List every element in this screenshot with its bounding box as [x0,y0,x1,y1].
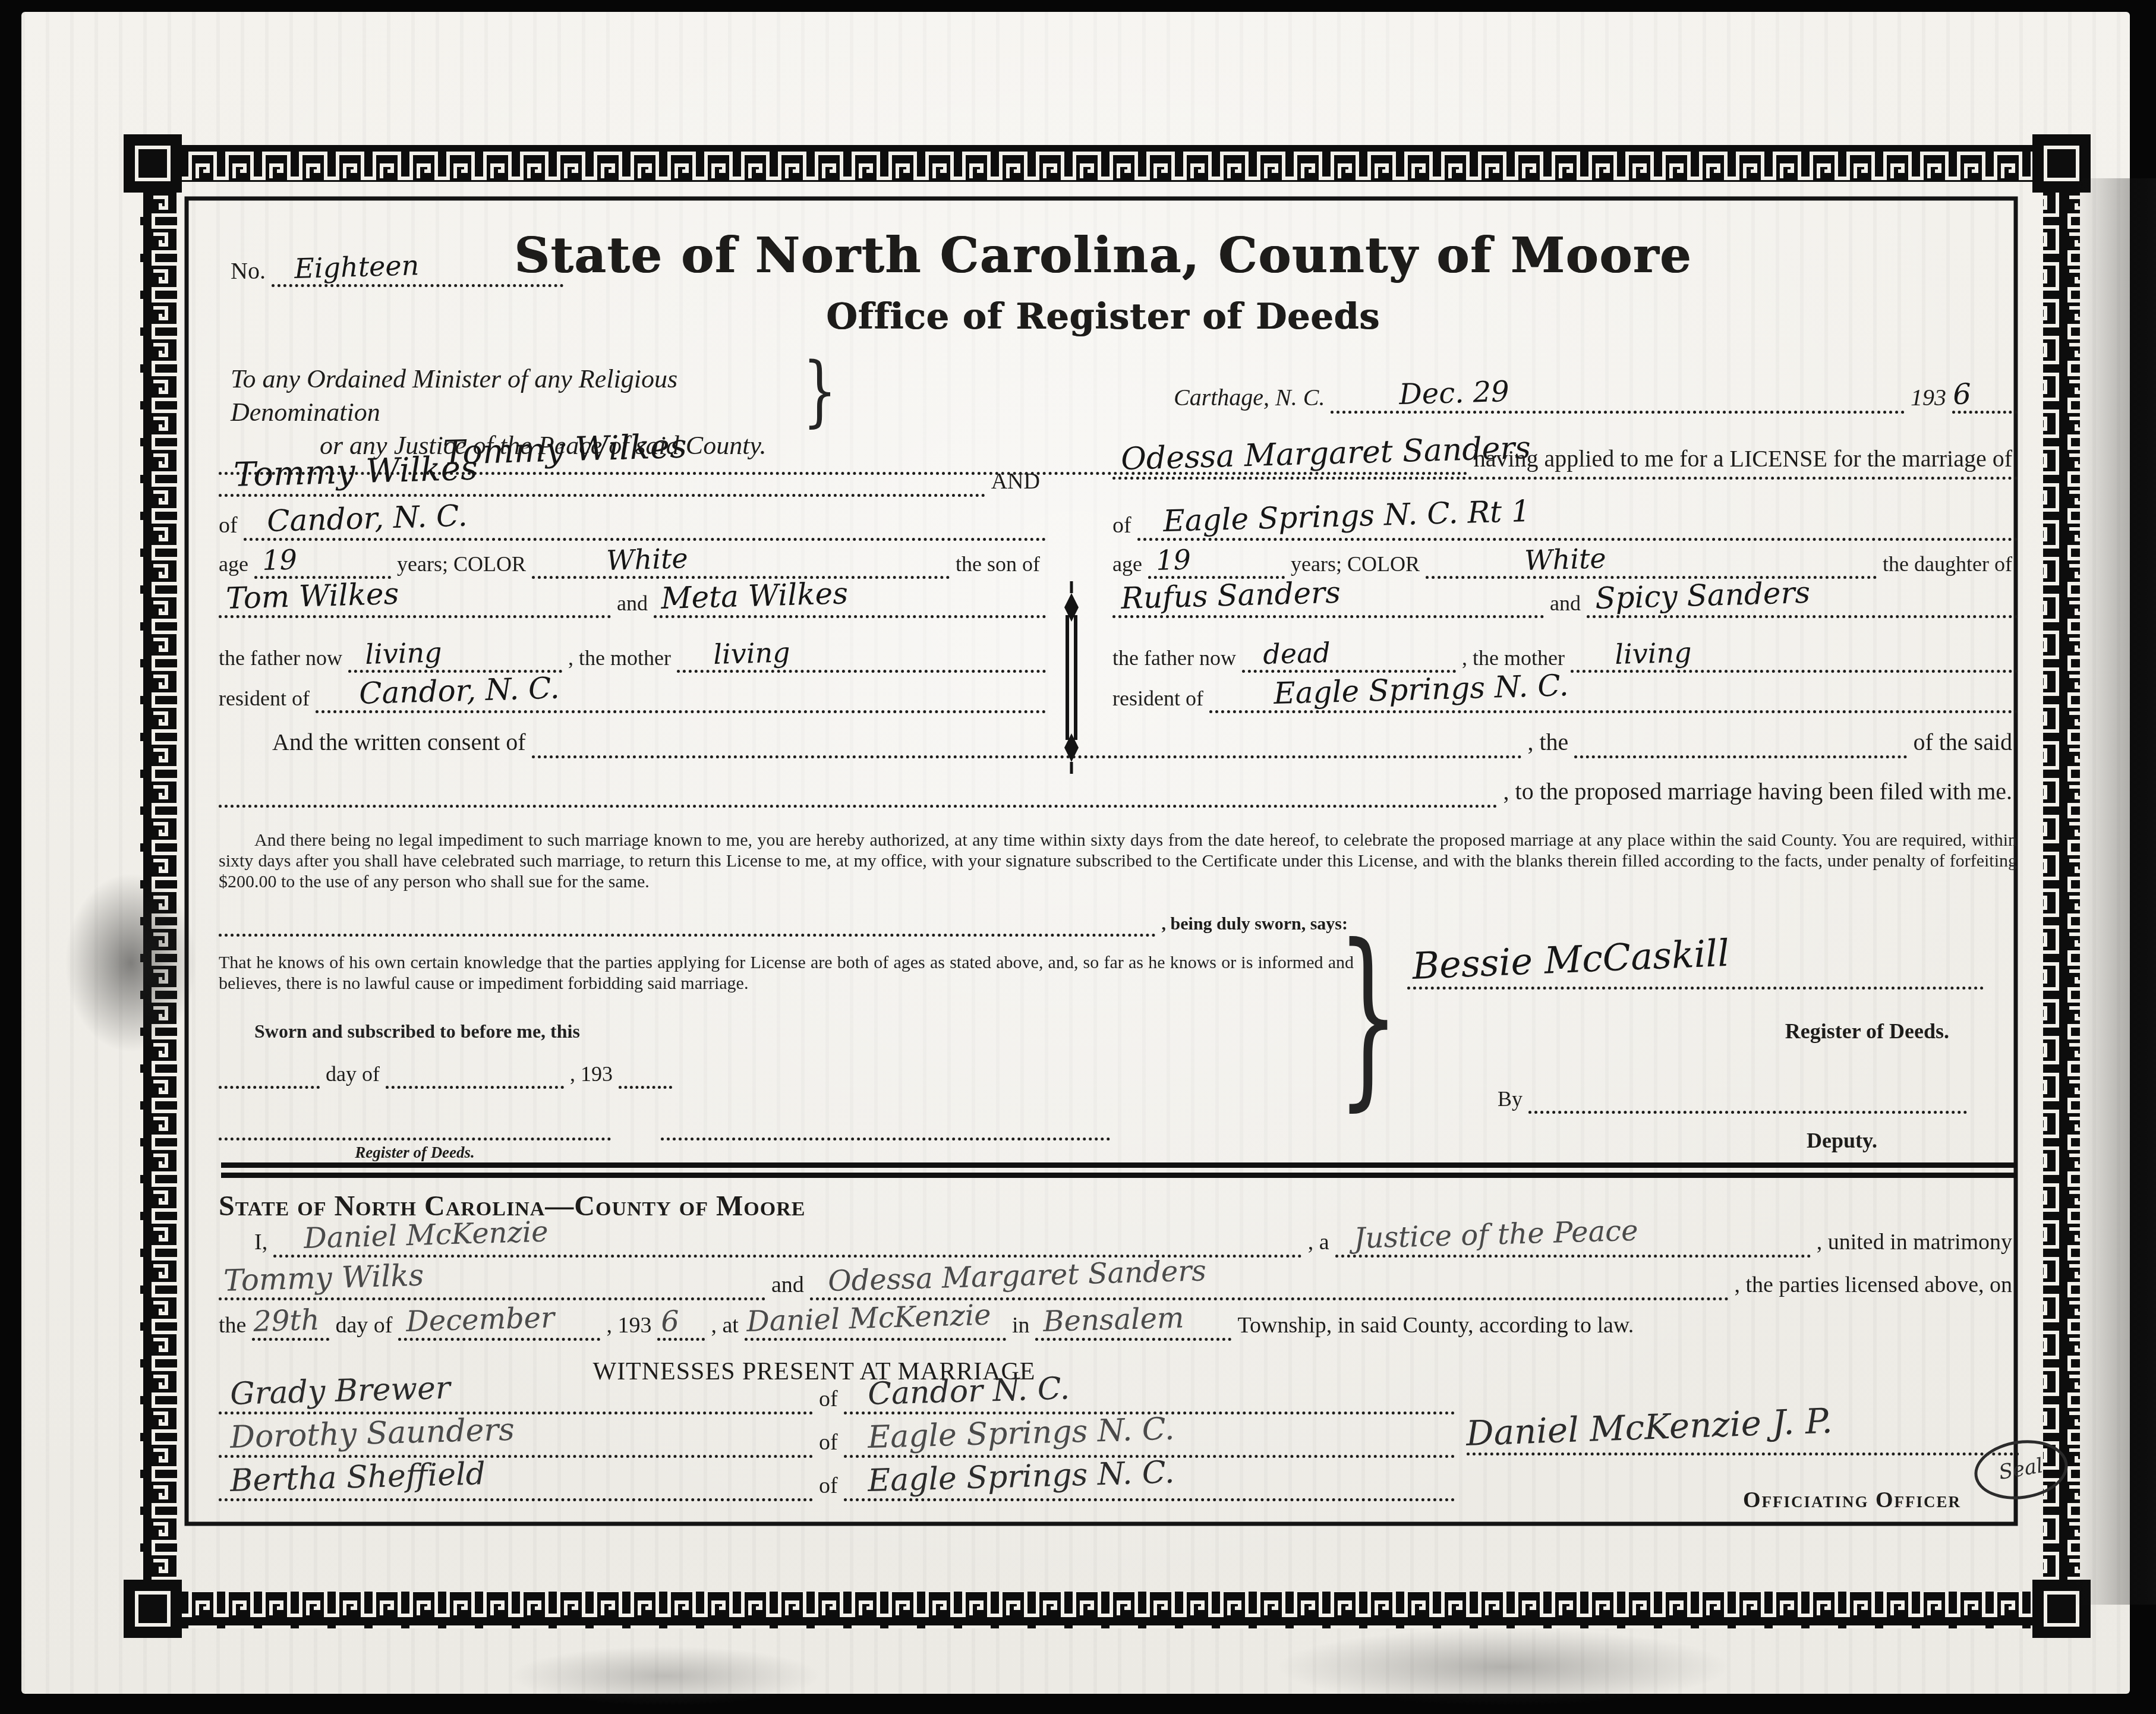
month-fill [386,1077,564,1089]
the-label: the [219,1312,252,1341]
bride-resident-handwriting: Eagle Springs N. C. [1273,670,1569,708]
age-label: age [219,552,254,579]
groom-residence-line: of Candor, N. C. [219,512,1046,541]
consent-line-1: And the written consent of , the of the … [219,728,2018,758]
witness-2-name-fill: Dorothy Saunders [219,1447,813,1458]
sworn-says-line: , being duly sworn, says: [219,914,1354,937]
consent-of-said-label: of the said [1907,728,2018,758]
bride-name-fill: Odessa Margaret Sanders [1112,468,2018,480]
witness-of-label: of [813,1473,844,1501]
groom-age-color-line: age 19 years; COLOR White the son of [219,552,1046,579]
and-label: AND [985,468,1046,497]
sworn-subscribed-line: Sworn and subscribed to before me, this [254,1021,1086,1042]
border-band-right [2043,145,2080,1628]
witness-of-label: of [813,1386,844,1414]
father-now-label: the father now [1112,645,1242,673]
legal-paragraph: And there being no legal impediment to s… [219,830,2017,892]
affidavit-brace: } [1337,920,1399,1113]
consent-filed-fill [219,796,1498,808]
consent-relation-fill [1574,747,1907,758]
consent-label: And the written consent of [219,728,532,758]
groom-name-line: Tommy Wilkes AND [219,468,1046,497]
bride-residence-fill: Eagle Springs N. C. Rt 1 [1137,530,2018,541]
father-now-label: the father now [219,645,348,673]
witness-2-name-handwriting: Dorothy Saunders [230,1414,515,1453]
bride-mother-status-fill: living [1571,661,2018,673]
certificate-line-1: I, Daniel McKenzie , a Justice of the Pe… [219,1229,2018,1258]
bride-residence-handwriting: Eagle Springs N. C. Rt 1 [1163,496,1531,536]
bride-name-line: Odessa Margaret Sanders [1112,468,2018,480]
township-text: Township, in said County, according to l… [1231,1312,1640,1341]
cert-place-handwriting: Daniel McKenzie [746,1301,992,1336]
addressee-line1: To any Ordained Minister of any Religiou… [231,363,801,429]
cert-year-label: , 193 [600,1312,657,1341]
bride-mother-handwriting: Spicy Sanders [1594,578,1810,613]
cert-year-fill: 6 [657,1329,705,1341]
sworn-says-text: , being duly sworn, says: [1156,914,1354,937]
place-label: Carthage, N. C. [1174,383,1331,414]
year-tail-fill [619,1077,672,1089]
border-band-top [140,145,2080,182]
witness-3-place-fill: Eagle Springs N. C. [844,1490,1455,1501]
witness-1-name-handwriting: Grady Brewer [230,1373,451,1410]
day-fill [219,1077,320,1089]
cert-bride-fill: Odessa Margaret Sanders [810,1289,1729,1300]
groom-parents-line: Tom Wilkes and Meta Wilkes [219,591,1046,618]
witness-3-place-handwriting: Eagle Springs N. C. [867,1457,1175,1496]
and-lower-label: and [1544,591,1587,618]
bride-residence-line: of Eagle Springs N. C. Rt 1 [1112,512,2018,541]
cert-day-fill: 29th [252,1329,329,1341]
groom-resident-line: resident of Candor, N. C. [219,686,1046,713]
cert-and-label: and [765,1272,810,1300]
consent-line-2: , to the proposed marriage having been f… [219,777,2018,808]
bride-age-handwriting: 19 [1155,546,1191,574]
bride-mother-fill: Spicy Sanders [1587,607,2018,618]
cert-day-handwriting: 29th [253,1306,320,1336]
register-signature-line-left [219,1134,611,1140]
groom-color-handwriting: White [606,544,689,574]
groom-father-handwriting: Tom Wilkes [226,579,399,613]
seal-text: Seal [1997,1455,2044,1483]
register-signature-row: Bessie McCaskill [1407,978,1984,990]
witness-3-name-handwriting: Bertha Sheffield [230,1458,486,1496]
son-of-label: the son of [950,552,1046,579]
cert-groom-handwriting: Tommy Wilks [223,1261,424,1296]
witness-2-place-handwriting: Eagle Springs N. C. [867,1414,1175,1453]
resident-of-label: resident of [219,686,316,713]
affidavit-body: That he knows of his own certain knowled… [219,952,1354,994]
groom-resident-fill: Candor, N. C. [316,702,1046,713]
cert-month-handwriting: December [406,1303,555,1336]
day-of-label: day of [320,1061,386,1089]
day-of-line: day of , 193 [219,1061,801,1089]
addressee-brace: } [802,352,837,429]
year-193-label: , 193 [564,1061,619,1089]
cert-place-fill: Daniel McKenzie [745,1329,1006,1341]
of-label: of [219,512,244,541]
witness-1-place-handwriting: Candor N. C. [867,1373,1070,1410]
resident-of-label: resident of [1112,686,1209,713]
register-signature-fill: Bessie McCaskill [1407,978,1984,990]
bride-father-status-fill: dead [1242,661,1456,673]
in-label: in [1006,1312,1036,1341]
place-date-line: Carthage, N. C. Dec. 29 193 6 [1174,383,2018,414]
witness-row-3: Bertha Sheffield of Eagle Springs N. C. [219,1473,1455,1501]
cert-township-fill: Bensalem [1035,1329,1231,1341]
cert-month-fill: December [398,1329,600,1341]
parties-text: , the parties licensed above, on [1729,1272,2018,1300]
officiating-officer-caption: Officiating Officer [1628,1487,1961,1513]
groom-age-handwriting: 19 [261,546,297,574]
bride-resident-line: resident of Eagle Springs N. C. [1112,686,2018,713]
year-fill: 6 [1952,402,2018,414]
groom-father-fill: Tom Wilkes [219,607,611,618]
officiant-name-handwriting: Daniel McKenzie [304,1218,549,1253]
groom-mother-handwriting: Meta Wilkes [661,578,849,613]
age-label: age [1112,552,1148,579]
cert-day-of-label: day of [329,1312,398,1341]
officiant-signature-row: Daniel McKenzie J. P. [1467,1444,2019,1455]
bride-father-status-handwriting: dead [1263,639,1331,668]
border-band-bottom [140,1592,2080,1628]
document-title: State of North Carolina, County of Moore [190,227,2016,284]
mother-label: , the mother [562,645,677,673]
groom-mother-fill: Meta Wilkes [654,607,1046,618]
witness-row-2: Dorothy Saunders of Eagle Springs N. C. [219,1429,1455,1458]
groom-father-status-handwriting: living [364,638,442,668]
document-subtitle: Office of Register of Deeds [190,296,2016,338]
groom-mother-status-handwriting: living [713,638,790,668]
section-divider-rule [221,1162,2017,1178]
years-color-label: years; COLOR [1285,552,1426,579]
capacity-handwriting: Justice of the Peace [1353,1217,1638,1253]
scanned-marriage-license: No. Eighteen State of North Carolina, Co… [0,0,2156,1714]
cert-year-handwriting: 6 [661,1307,680,1336]
by-label: By [1498,1086,1528,1114]
deputy-label: Deputy. [1807,1128,1877,1153]
groom-parent-status-line: the father now living , the mother livin… [219,645,1046,673]
cert-groom-fill: Tommy Wilks [219,1289,765,1300]
year-printed: 193 [1905,383,1952,414]
cert-township-handwriting: Bensalem [1042,1303,1184,1336]
groom-name-handwriting: Tommy Wilkes [233,452,478,492]
border-band-left [140,145,177,1628]
groom-resident-handwriting: Candor, N. C. [358,673,560,708]
witness-1-name-fill: Grady Brewer [219,1403,813,1414]
by-fill [1528,1102,1967,1114]
bride-color-handwriting: White [1524,544,1607,574]
applicant-handwriting: Tommy Wilkes [443,430,688,470]
groom-residence-fill: Candor, N. C. [244,530,1046,541]
bride-age-color-line: age 19 years; COLOR White the daughter o… [1112,552,2018,579]
consent-the-label: , the [1522,728,1575,758]
sworn-name-fill [219,925,1156,937]
date-fill: Dec. 29 [1331,402,1905,414]
bride-father-handwriting: Rufus Sanders [1120,578,1341,613]
a-label: , a [1302,1229,1335,1258]
groom-residence-handwriting: Candor, N. C. [267,501,468,536]
at-label: , at [705,1312,744,1341]
consent-filed-text: , to the proposed marriage having been f… [1498,777,2018,808]
i-label: I, [219,1229,273,1258]
groom-name-fill: Tommy Wilkes [219,486,985,497]
register-title: Register of Deeds. [1593,1019,1949,1044]
bride-father-fill: Rufus Sanders [1112,607,1544,618]
years-color-label: years; COLOR [391,552,532,579]
certificate-line-3: the 29th day of December , 193 6 , at Da… [219,1312,2018,1341]
certificate-line-2: Tommy Wilks and Odessa Margaret Sanders … [219,1272,2018,1300]
date-handwriting: Dec. 29 [1399,377,1510,409]
bride-resident-fill: Eagle Springs N. C. [1209,702,2018,713]
capacity-fill: Justice of the Peace [1335,1246,1811,1258]
groom-color-fill: White [532,568,950,579]
register-caption-left: Register of Deeds. [219,1143,611,1162]
officiant-signature-fill: Daniel McKenzie J. P. [1467,1444,2019,1455]
year-handwriting: 6 [1953,380,1972,409]
united-text: , united in matrimony [1811,1229,2018,1258]
bride-mother-status-handwriting: living [1615,638,1692,668]
witness-row-1: Grady Brewer of Candor N. C. [219,1386,1455,1414]
daughter-of-label: the daughter of [1877,552,2018,579]
deputy-by-line: By [1498,1086,1967,1114]
groom-mother-status-fill: living [677,661,1046,673]
of-label: of [1112,512,1137,541]
witness-of-label: of [813,1429,844,1458]
and-lower-label: and [611,591,654,618]
register-signature-line-right [661,1134,1110,1140]
consent-name-fill [532,747,1522,758]
bride-parents-line: Rufus Sanders and Spicy Sanders [1112,591,2018,618]
witness-3-name-fill: Bertha Sheffield [219,1490,813,1501]
